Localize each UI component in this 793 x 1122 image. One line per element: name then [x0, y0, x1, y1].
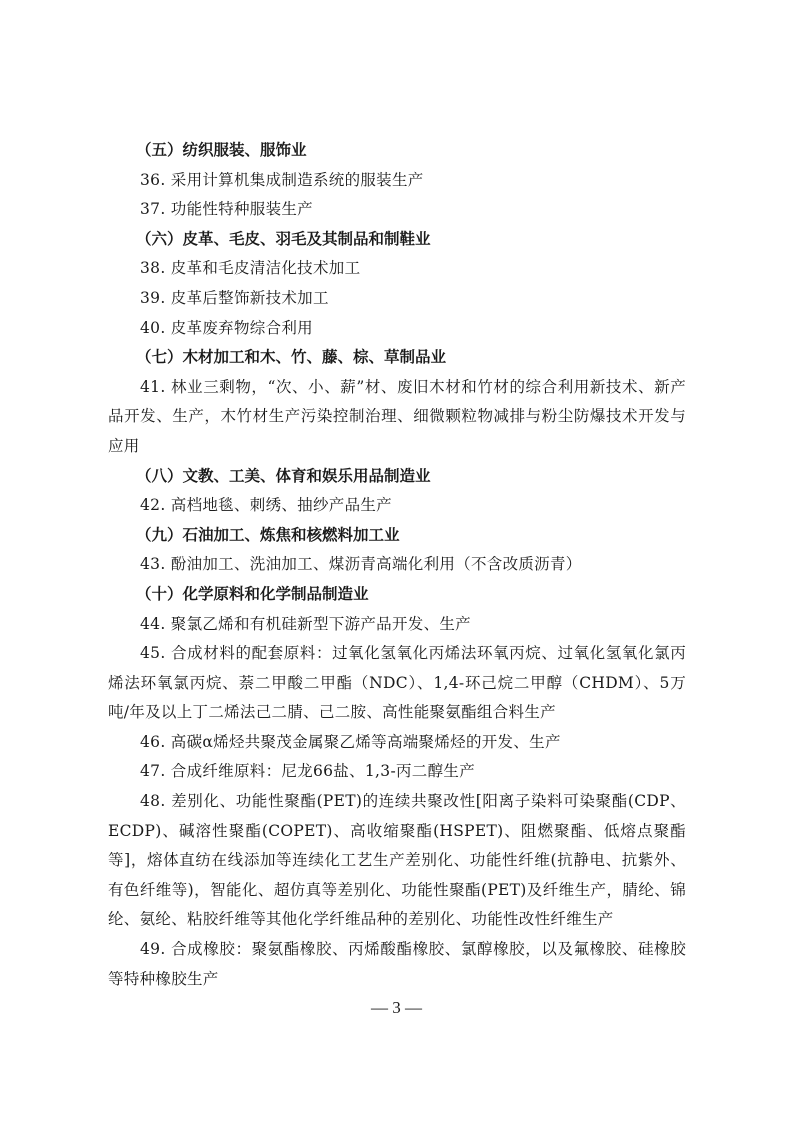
page-number: — 3 —: [0, 998, 793, 1018]
document-body: （五）纺织服装、服饰业 36. 采用计算机集成制造系统的服装生产 37. 功能性…: [108, 136, 686, 994]
list-item-36: 36. 采用计算机集成制造系统的服装生产: [108, 166, 686, 196]
list-item-41: 41. 林业三剩物，“次、小、薪”材、废旧木材和竹材的综合利用新技术、新产品开发…: [108, 373, 686, 462]
list-item-44: 44. 聚氯乙烯和有机硅新型下游产品开发、生产: [108, 610, 686, 640]
list-item-48: 48. 差别化、功能性聚酯(PET)的连续共聚改性[阳离子染料可染聚酯(CDP、…: [108, 787, 686, 935]
list-item-38: 38. 皮革和毛皮清洁化技术加工: [108, 254, 686, 284]
section-heading-wood: （七）木材加工和木、竹、藤、棕、草制品业: [108, 343, 686, 373]
list-item-43: 43. 酚油加工、洗油加工、煤沥青高端化利用（不含改质沥青）: [108, 550, 686, 580]
list-item-49: 49. 合成橡胶：聚氨酯橡胶、丙烯酸酯橡胶、氯醇橡胶，以及氟橡胶、硅橡胶等特种橡…: [108, 935, 686, 994]
list-item-40: 40. 皮革废弃物综合利用: [108, 314, 686, 344]
section-heading-textile: （五）纺织服装、服饰业: [108, 136, 686, 166]
list-item-46: 46. 高碳α烯烃共聚茂金属聚乙烯等高端聚烯烃的开发、生产: [108, 728, 686, 758]
section-heading-leather: （六）皮革、毛皮、羽毛及其制品和制鞋业: [108, 225, 686, 255]
section-heading-culture-sports: （八）文教、工美、体育和娱乐用品制造业: [108, 462, 686, 492]
list-item-45: 45. 合成材料的配套原料：过氧化氢氧化丙烯法环氧丙烷、过氧化氢氧化氯丙烯法环氧…: [108, 639, 686, 728]
section-heading-chemical: （十）化学原料和化学制品制造业: [108, 580, 686, 610]
list-item-39: 39. 皮革后整饰新技术加工: [108, 284, 686, 314]
section-heading-petroleum: （九）石油加工、炼焦和核燃料加工业: [108, 521, 686, 551]
list-item-42: 42. 高档地毯、刺绣、抽纱产品生产: [108, 491, 686, 521]
list-item-47: 47. 合成纤维原料：尼龙66盐、1,3-丙二醇生产: [108, 757, 686, 787]
list-item-37: 37. 功能性特种服装生产: [108, 195, 686, 225]
